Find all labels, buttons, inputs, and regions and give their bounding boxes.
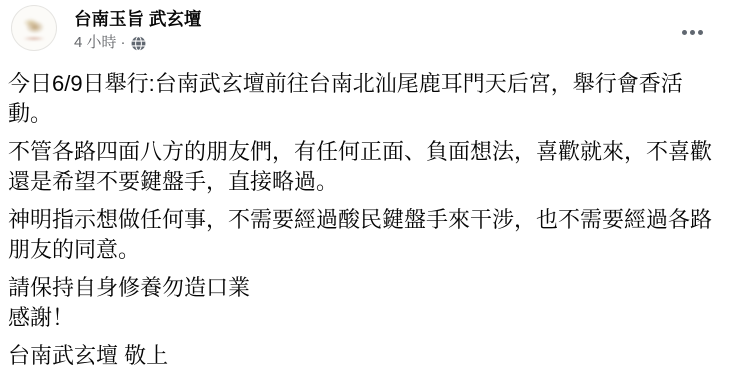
post-line: 神明指示想做任何事，不需要經過酸民鍵盤手來干涉，也不需要經過各路朋友的同意。 [8,205,722,265]
post-text: 今日6/9日舉行:台南武玄壇前往台南北汕尾鹿耳門天后宮，舉行會香活動。不管各路四… [0,62,730,369]
facebook-post: 台南玉旨 武玄壇 4 小時 · 今 [0,0,730,369]
post-line: 請保持自身修養勿造口業 [8,273,722,303]
post-line: 今日6/9日舉行:台南武玄壇前往台南北汕尾鹿耳門天后宮，舉行會香活動。 [8,69,722,129]
globe-public-icon [131,36,146,51]
post-line: 不管各路四面八方的朋友們，有任何正面、負面想法，喜歡就來，不喜歡還是希望不要鍵盤… [8,137,722,197]
post-line: 台南武玄壇 敬上 [8,341,722,369]
post-paragraph: 神明指示想做任何事，不需要經過酸民鍵盤手來干涉，也不需要經過各路朋友的同意。 [8,205,722,265]
page-avatar[interactable] [11,5,57,51]
post-paragraph: 台南武玄壇 敬上 [8,341,722,369]
page-avatar-logo [12,6,56,50]
post-header: 台南玉旨 武玄壇 4 小時 · [0,0,730,62]
post-line: 感謝！ [8,303,722,333]
more-options-button[interactable] [670,19,714,45]
page-name-link[interactable]: 台南玉旨 武玄壇 [74,8,201,31]
post-paragraph: 今日6/9日舉行:台南武玄壇前往台南北汕尾鹿耳門天后宮，舉行會香活動。 [8,69,722,129]
three-dots-icon [682,30,687,35]
post-header-meta: 台南玉旨 武玄壇 4 小時 · [74,5,201,52]
separator-dot: · [121,33,126,52]
timestamp-link[interactable]: 4 小時 [74,33,117,52]
post-paragraph: 請保持自身修養勿造口業感謝！ [8,273,722,333]
post-meta-row: 4 小時 · [74,33,201,52]
post-paragraph: 不管各路四面八方的朋友們，有任何正面、負面想法，喜歡就來，不喜歡還是希望不要鍵盤… [8,137,722,197]
